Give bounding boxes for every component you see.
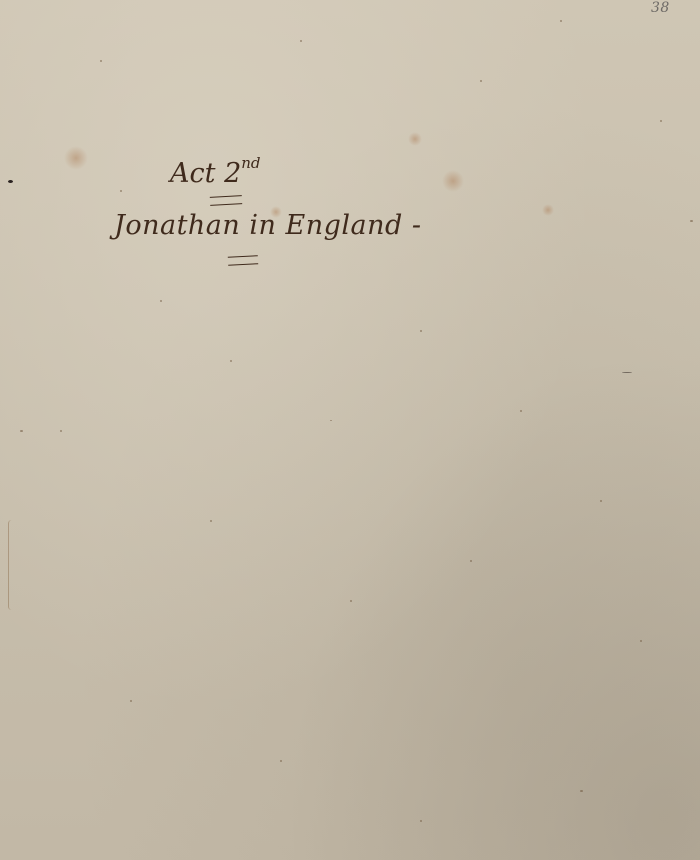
- foxing-stain: [442, 170, 464, 192]
- play-title: Jonathan in England -: [114, 210, 421, 241]
- manuscript-page: 38 Act 2nd Jonathan in England -: [0, 0, 700, 860]
- act-double-underline: [210, 195, 242, 206]
- foxing-stain: [408, 132, 422, 146]
- act-suffix: nd: [241, 154, 260, 172]
- act-heading: Act 2nd: [170, 158, 261, 189]
- foxing-stain: [64, 146, 88, 170]
- foxing-stain: [542, 204, 554, 216]
- act-number: 2: [224, 158, 241, 189]
- foxing-stain: [270, 206, 282, 218]
- act-label: Act: [170, 158, 215, 189]
- edge-crease: [8, 520, 15, 610]
- title-double-underline: [228, 255, 258, 266]
- folio-number: 38: [651, 0, 670, 16]
